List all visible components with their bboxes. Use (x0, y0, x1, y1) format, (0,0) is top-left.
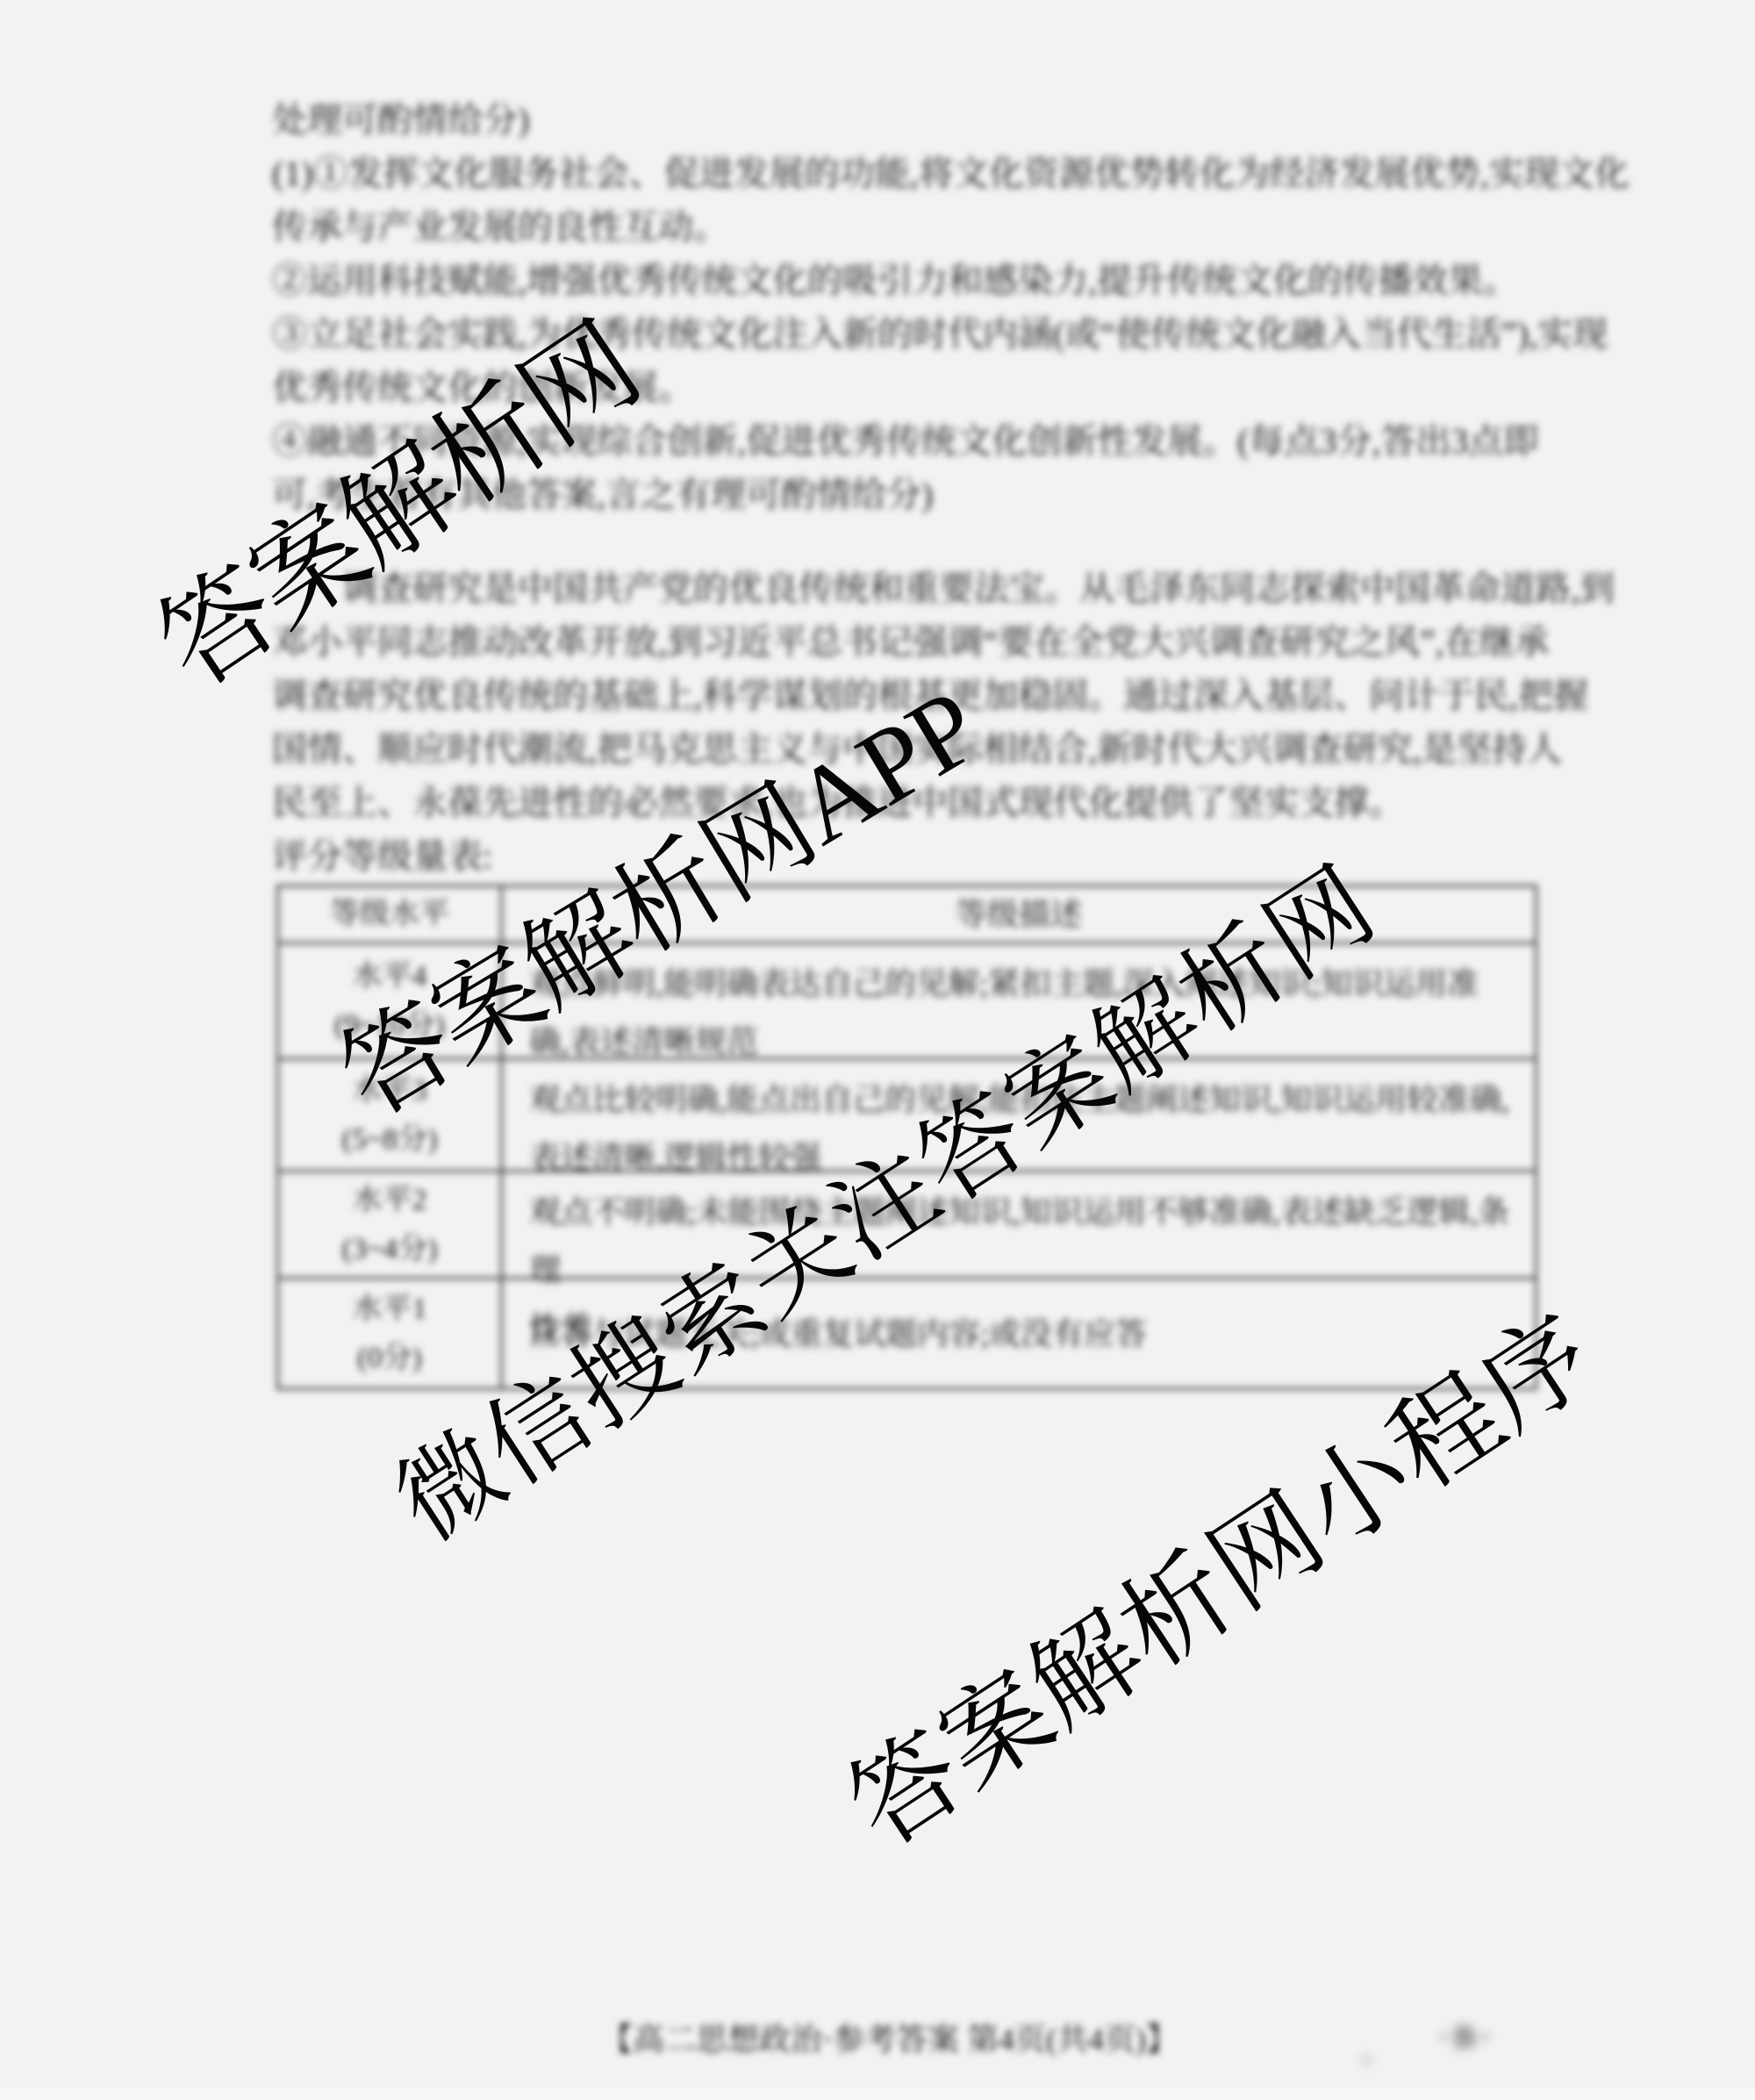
footer-code-mark: ·B· (1439, 2018, 1494, 2055)
scanned-answer-page: 处理可酌情给分) (1)①发挥文化服务社会、促进发展的功能,将文化资源优势转化为… (0, 0, 1755, 2100)
footer-dot-mark: 。 (1362, 2031, 1388, 2069)
